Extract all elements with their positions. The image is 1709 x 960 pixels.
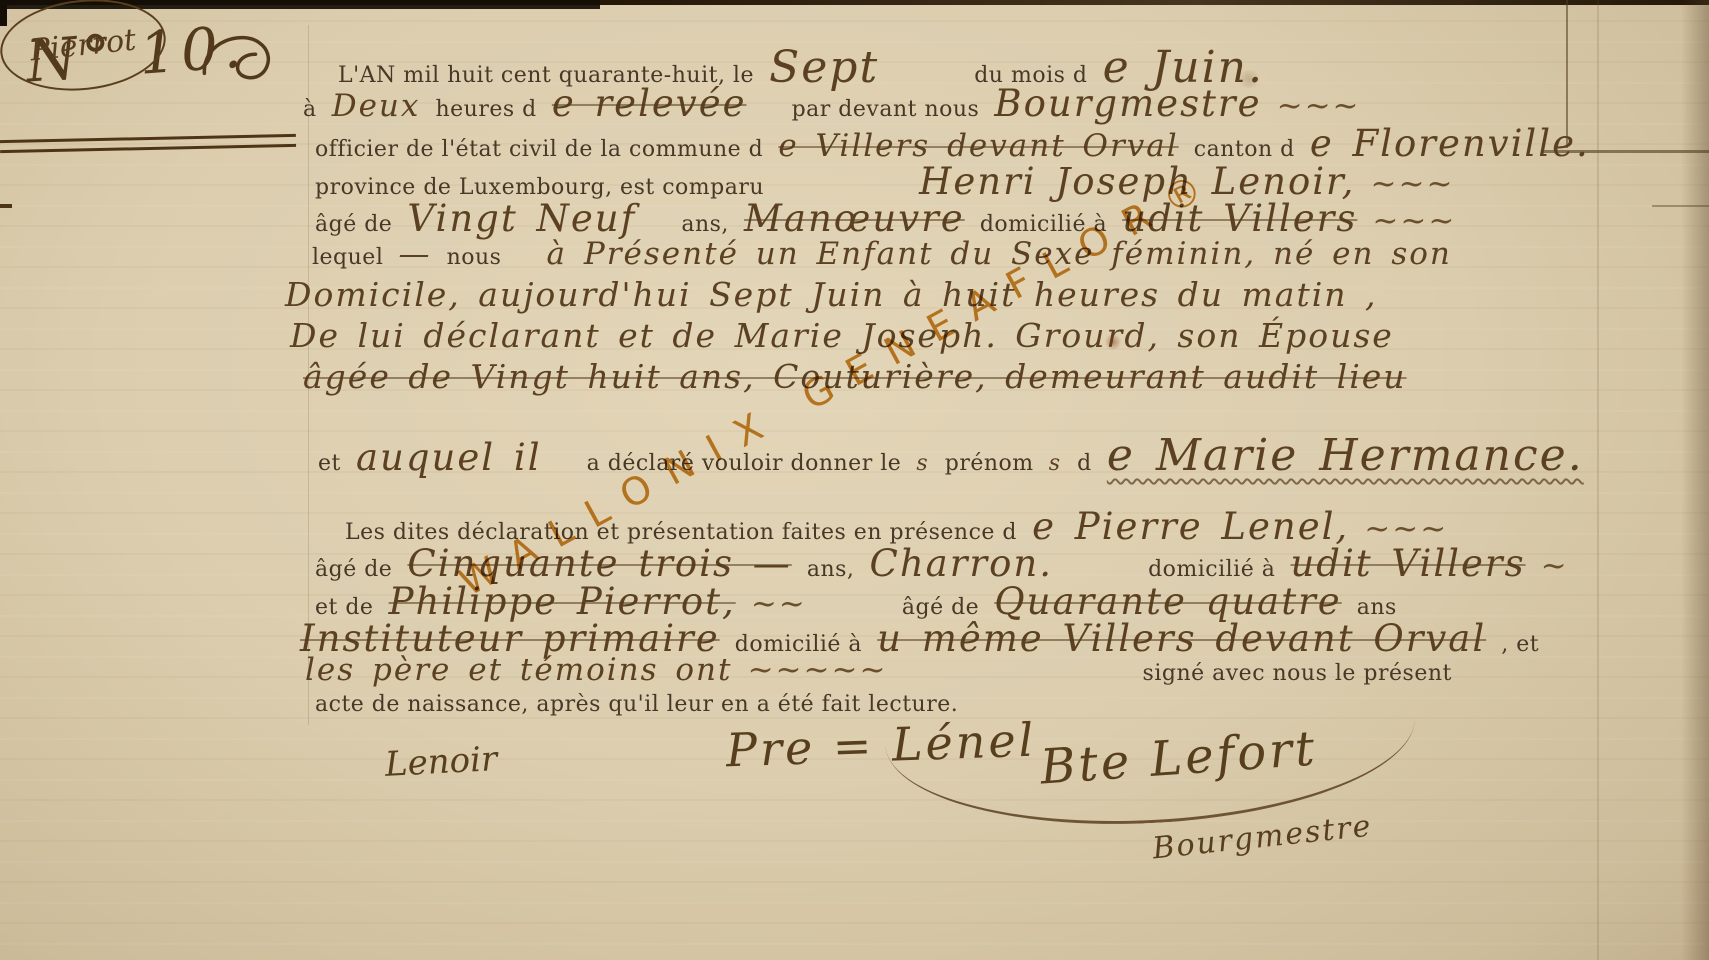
handwritten-entry: e relevée bbox=[552, 82, 747, 125]
printed-text: et bbox=[318, 451, 341, 476]
handwritten-entry: e Marie Hermance. bbox=[1107, 430, 1584, 481]
right-edge-short-rule bbox=[1652, 205, 1709, 207]
printed-text: âgé de bbox=[315, 557, 392, 582]
printed-text: lequel bbox=[312, 245, 383, 270]
handwritten-entry: e Florenville. bbox=[1310, 122, 1590, 165]
handwritten-entry: à Présenté un Enfant du Sexe féminin, né… bbox=[547, 236, 1452, 272]
printed-text: âgé de bbox=[315, 212, 392, 237]
handwritten-entry: Bourgmestre bbox=[994, 82, 1261, 125]
printed-text: par devant nous bbox=[792, 97, 980, 122]
filler-squiggle: ~ bbox=[1541, 548, 1569, 584]
form-line-given-name: et auquel il a déclaré vouloir donner le… bbox=[318, 430, 1594, 481]
handwritten-entry: les père et témoins ont bbox=[305, 652, 732, 688]
signature-lenoir: Lenoir bbox=[384, 739, 498, 785]
printed-text: domicilié à bbox=[1148, 557, 1275, 582]
printed-text: d bbox=[1077, 451, 1092, 476]
handwritten-entry: — bbox=[398, 236, 431, 272]
handwritten-entry: De lui déclarant et de Marie Joseph. Gro… bbox=[290, 316, 1394, 355]
handwritten-entry: Manœuvre bbox=[744, 197, 965, 240]
printed-text: officier de l'état civil de la commune d bbox=[315, 137, 763, 162]
handwritten-entry: Charron. bbox=[870, 542, 1053, 585]
handwritten-entry: Vingt Neuf bbox=[407, 197, 636, 240]
signature-pierrot: Pierrot bbox=[28, 22, 137, 68]
printed-text: ans, bbox=[807, 557, 855, 582]
filler-squiggle: ~~~ bbox=[1372, 203, 1456, 239]
birth-record-scan: N° 10. L'AN mil huit cent quarante-huit,… bbox=[0, 0, 1709, 960]
filler-squiggle: ~~~ bbox=[1277, 88, 1361, 124]
handwritten-entry: e Villers devant Orval bbox=[778, 128, 1178, 164]
handwritten-entry: s bbox=[1049, 451, 1062, 476]
handwritten-entry: auquel il bbox=[356, 436, 542, 479]
handwritten-entry: udit Villers bbox=[1290, 542, 1525, 585]
handwritten-entry: Domicile, aujourd'hui Sept Juin à huit h… bbox=[285, 275, 1378, 314]
scan-left-corner bbox=[0, 0, 7, 26]
handwritten-entry: Deux bbox=[332, 88, 421, 124]
printed-text: prénom bbox=[945, 451, 1034, 476]
form-line-lecture: acte de naissance, après qu'il leur en a… bbox=[315, 692, 968, 717]
form-line-declarant-age: âgé de Vingt Neuf ans, Manœuvre domicili… bbox=[315, 197, 1466, 240]
printed-text: nous bbox=[447, 245, 502, 270]
printed-text: ans, bbox=[681, 212, 729, 237]
page-right-edge-shadow bbox=[1681, 0, 1709, 960]
handwritten-entry: s bbox=[916, 451, 929, 476]
form-line-hour: à Deux heures d e relevée par devant nou… bbox=[303, 82, 1371, 125]
printed-text: heures d bbox=[435, 97, 536, 122]
printed-text: canton d bbox=[1194, 137, 1295, 162]
margin-edge-dash bbox=[0, 204, 12, 208]
margin-double-rule bbox=[0, 134, 296, 153]
form-line-commune: officier de l'état civil de la commune d… bbox=[315, 122, 1600, 165]
printed-text: , et bbox=[1501, 632, 1539, 657]
printed-text: acte de naissance, après qu'il leur en a… bbox=[315, 692, 958, 717]
handwritten-line-birth: Domicile, aujourd'hui Sept Juin à huit h… bbox=[285, 275, 1388, 314]
pen-flourish-icon bbox=[193, 21, 312, 110]
filler-squiggle: ~~~~~ bbox=[748, 652, 888, 688]
handwritten-line-mother: De lui déclarant et de Marie Joseph. Gro… bbox=[290, 316, 1404, 355]
printed-text: à bbox=[303, 97, 317, 122]
form-line-presentation: lequel — nous à Présenté un Enfant du Se… bbox=[312, 236, 1462, 272]
